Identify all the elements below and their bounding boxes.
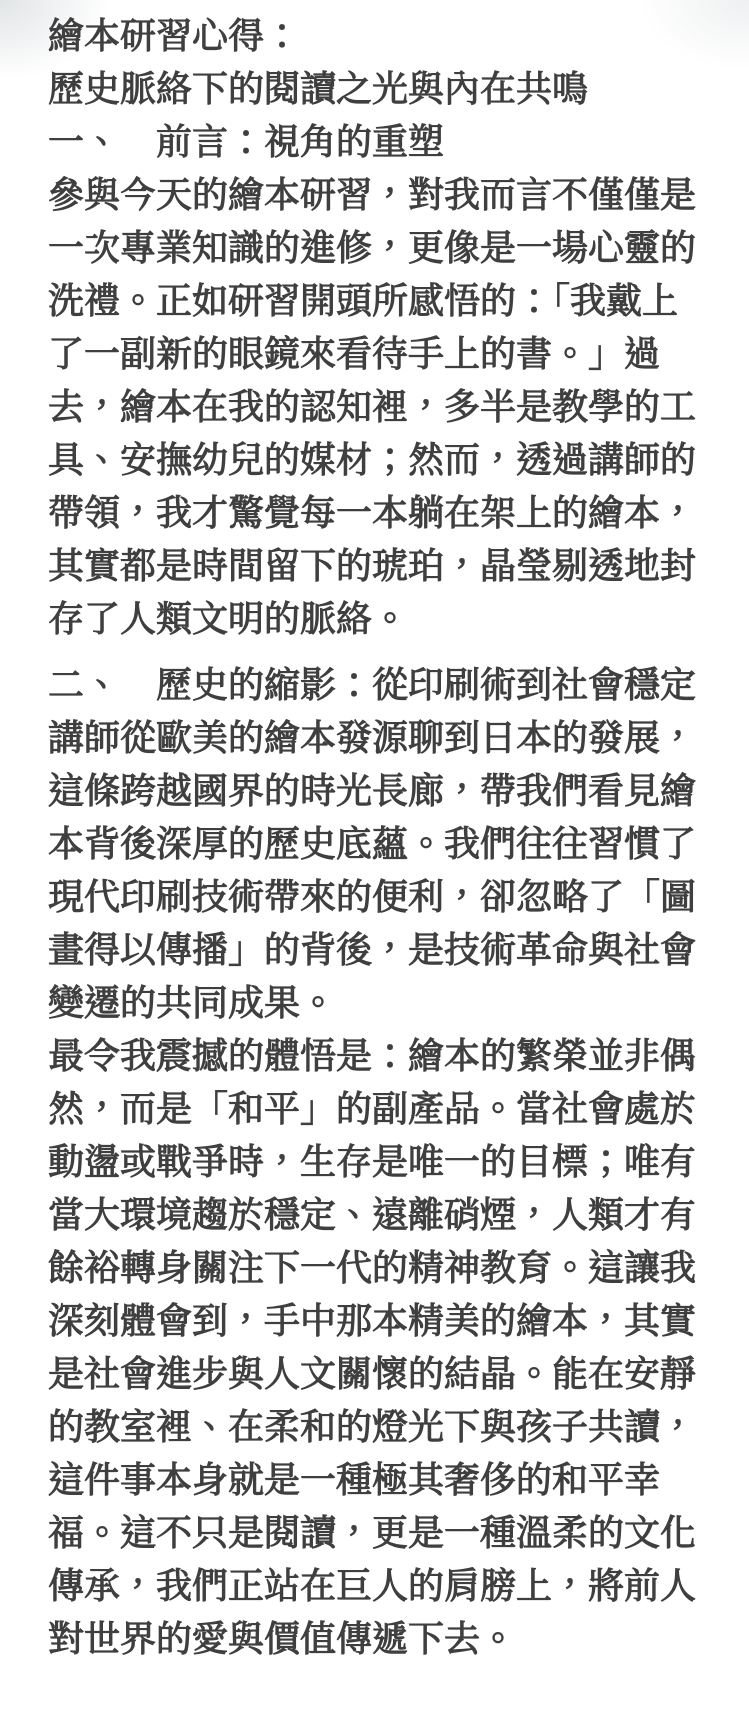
document-page: 繪本研習心得： 歷史脈絡下的閱讀之光與內在共鳴 一、 前言：視角的重塑 參與今天… [0,0,749,1727]
doc-subtitle: 歷史脈絡下的閱讀之光與內在共鳴 [48,63,701,116]
section-2-paragraph-2: 最令我震撼的體悟是：繪本的繁榮並非偶然，而是「和平」的副產品。當社會處於動盪或戰… [48,1030,701,1666]
section-1-heading: 一、 前言：視角的重塑 [48,116,701,169]
section-2-heading: 二、 歷史的縮影：從印刷術到社會穩定 [48,659,701,712]
doc-title: 繪本研習心得： [48,10,701,63]
section-1-paragraph-1: 參與今天的繪本研習，對我而言不僅僅是一次專業知識的進修，更像是一場心靈的洗禮。正… [48,169,701,646]
section-2-paragraph-1: 講師從歐美的繪本發源聊到日本的發展，這條跨越國界的時光長廊，帶我們看見繪本背後深… [48,712,701,1030]
